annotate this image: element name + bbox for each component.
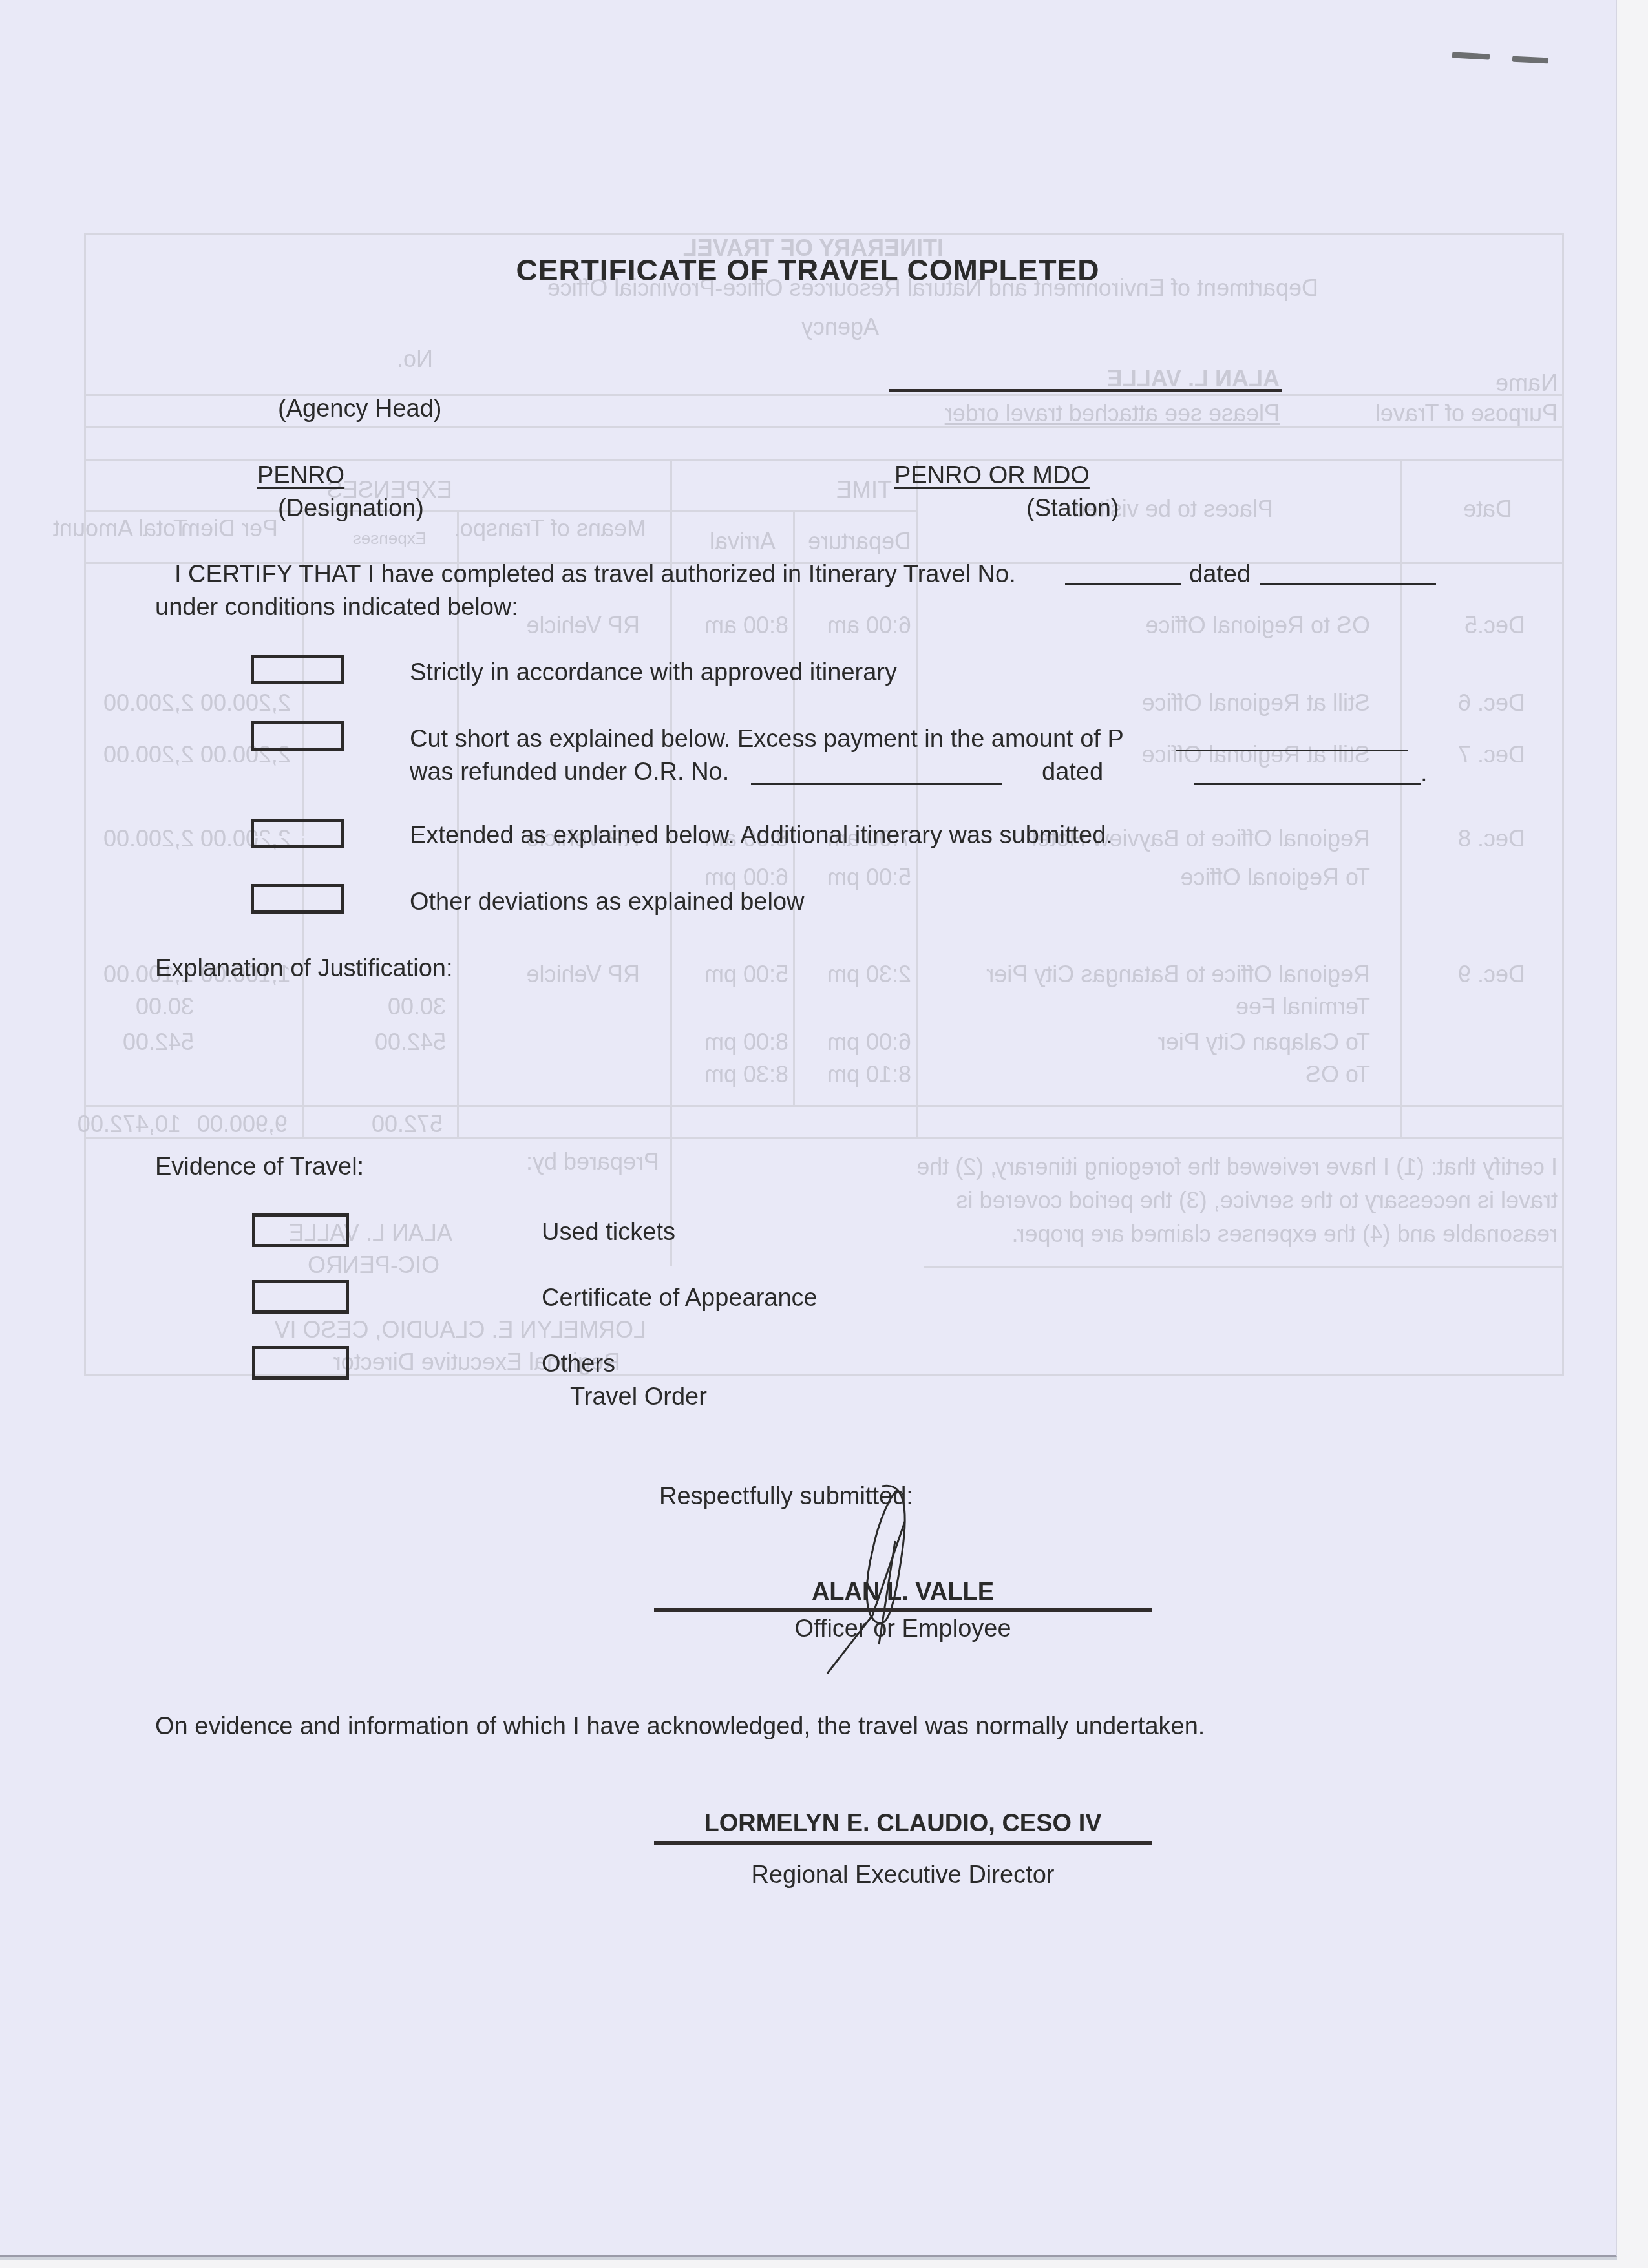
designation-value[interactable]: PENRO [257, 463, 344, 488]
director-title: Regional Executive Director [654, 1863, 1152, 1887]
officer-name: ALAN L. VALLE [654, 1580, 1152, 1604]
ghost-cell: 8:10 pm [827, 1063, 911, 1086]
evidence-checkbox-used-tickets[interactable] [252, 1213, 349, 1247]
ghost-cell: OS to Regional Office [1145, 614, 1370, 637]
condition-label-cut-short: Cut short as explained below. Excess pay… [410, 727, 1124, 751]
ghost-total: 572.00 [372, 1113, 443, 1136]
ghost-cell: 2,200.00 [200, 691, 291, 715]
ghost-cell: Dec.5 [1464, 614, 1525, 637]
acknowledgement-statement: On evidence and information of which I h… [155, 1714, 1205, 1739]
refund-or-label: was refunded under O.R. No. [410, 760, 729, 784]
ghost-certify: I certify that: (1) I have reviewed the … [911, 1150, 1558, 1252]
ghost-cell: Dec. 9 [1458, 963, 1525, 986]
ghost-total: 10,472.00 [78, 1113, 181, 1136]
station-value[interactable]: PENRO OR MDO [894, 463, 1090, 488]
ghost-cell: 30.00 [136, 995, 194, 1018]
staple-mark [1452, 52, 1490, 59]
designation-label: (Designation) [278, 496, 424, 521]
excess-amount-field[interactable] [1176, 750, 1408, 751]
ghost-cell: 8:00 am [704, 614, 788, 637]
ghost-cell: 2,200.00 [103, 743, 194, 766]
officer-title: Officer or Employee [654, 1617, 1152, 1641]
ghost-cell: 2,200.00 [103, 827, 194, 850]
ghost-cell: Terminal Fee [1236, 995, 1370, 1018]
ghost-cell: To OS [1305, 1063, 1370, 1086]
explanation-label: Explanation of Justification: [155, 956, 453, 981]
condition-label-other: Other deviations as explained below [410, 890, 805, 914]
condition-label-strict: Strictly in accordance with approved iti… [410, 660, 897, 685]
evidence-checkbox-certificate-of-appearance[interactable] [252, 1280, 349, 1314]
evidence-others-detail: Travel Order [570, 1385, 707, 1409]
evidence-label-certificate-of-appearance: Certificate of Appearance [542, 1286, 818, 1310]
ghost-cell: To Calapan City Pier [1158, 1031, 1370, 1054]
ghost-header: Arrival [710, 530, 776, 553]
ghost-cell: Still at Regional Office [1141, 743, 1370, 766]
ghost-cell: Dec. 6 [1458, 691, 1525, 715]
ghost-cell: RP Vehicle [527, 614, 640, 637]
ghost-cell: To Regional Office [1180, 866, 1370, 889]
ghost-header: Total Amount [53, 517, 187, 540]
ghost-header: Per Diem [181, 517, 278, 540]
ghost-name-label: Name [1495, 372, 1558, 395]
ghost-cell: 6:00 pm [704, 866, 788, 889]
ghost-name-value: ALAN L. VALLE [1107, 367, 1280, 390]
certify-conditions-intro: under conditions indicated below: [155, 595, 518, 620]
document-page: ITINERARY OF TRAVEL Department of Enviro… [0, 0, 1617, 2257]
officer-signature-line [654, 1608, 1152, 1612]
respectfully-submitted-label: Respectfully submitted: [659, 1484, 913, 1509]
ghost-cell: Still at Regional Office [1141, 691, 1370, 715]
station-label: (Station) [1026, 496, 1119, 521]
ghost-cell: 2,200.00 [103, 691, 194, 715]
ghost-cell: 30.00 [388, 995, 446, 1018]
period-mark: . [1421, 761, 1428, 786]
ghost-approved-name: LORMELYN E. CLAUDIO, CESO IV [275, 1318, 646, 1341]
ghost-cell: 542.00 [123, 1031, 194, 1054]
ghost-cell: Dec. 8 [1458, 827, 1525, 850]
condition-label-extended: Extended as explained below. Additional … [410, 823, 1113, 848]
condition-checkbox-other[interactable] [251, 884, 344, 914]
ghost-cell: 5:00 pm [827, 866, 911, 889]
evidence-label: Evidence of Travel: [155, 1155, 364, 1179]
condition-checkbox-cut-short[interactable] [251, 721, 344, 751]
evidence-label-used-tickets: Used tickets [542, 1220, 675, 1244]
refund-dated-label: dated [1042, 760, 1103, 784]
ghost-prepared-title: OIC-PENRO [308, 1254, 439, 1277]
director-name: LORMELYN E. CLAUDIO, CESO IV [654, 1811, 1152, 1836]
staple-mark [1512, 56, 1548, 64]
director-signature-line [654, 1841, 1152, 1845]
ghost-cell: Dec. 7 [1458, 743, 1525, 766]
ghost-no-label: No. [397, 348, 433, 371]
condition-checkbox-extended[interactable] [251, 819, 344, 848]
ghost-purpose-label: Purpose of Travel [1375, 402, 1558, 425]
page-title: CERTIFICATE OF TRAVEL COMPLETED [16, 252, 1600, 288]
ghost-cell: 8:00 pm [704, 1031, 788, 1054]
ghost-total: 9,900.00 [197, 1113, 288, 1136]
or-date-field[interactable] [1194, 783, 1421, 785]
or-number-field[interactable] [751, 783, 1002, 785]
signature-line-top [889, 389, 1282, 392]
evidence-checkbox-others[interactable] [252, 1346, 349, 1380]
condition-checkbox-strict[interactable] [251, 655, 344, 684]
ghost-header: Expenses [353, 530, 427, 547]
agency-head-label: (Agency Head) [278, 397, 441, 421]
ghost-header: TIME [836, 478, 892, 501]
ghost-cell: 8:30 pm [704, 1063, 788, 1086]
ghost-header: Date [1463, 498, 1512, 521]
certify-dated-label: dated [1189, 562, 1251, 587]
itinerary-no-field[interactable] [1065, 583, 1181, 585]
certify-statement: I CERTIFY THAT I have completed as trave… [174, 562, 1016, 587]
ghost-cell: 542.00 [375, 1031, 446, 1054]
ghost-header: Departure [808, 530, 911, 553]
ghost-prepared: Prepared by: [526, 1150, 659, 1173]
explanation-field[interactable] [491, 956, 1396, 982]
evidence-label-others: Others [542, 1352, 615, 1376]
ghost-agency-label: Agency [801, 315, 879, 339]
ghost-header: Means of Transpo. [454, 517, 646, 540]
itinerary-date-field[interactable] [1260, 583, 1436, 585]
ghost-purpose-value: Please see attached travel order [945, 402, 1280, 425]
ghost-cell: 6:00 pm [827, 1031, 911, 1054]
ghost-cell: 6:00 am [827, 614, 911, 637]
